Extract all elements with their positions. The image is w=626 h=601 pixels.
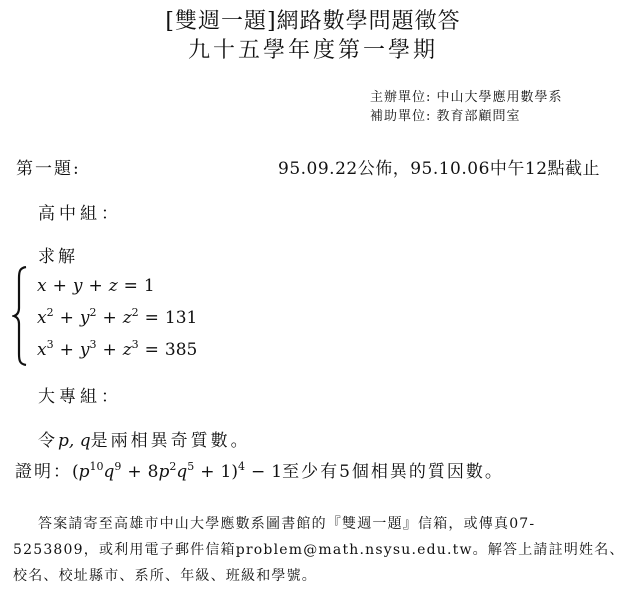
equation-3: x3+y3+z3=385 <box>37 339 197 361</box>
submission-line-2: 5253809，或利用電子郵件信箱problem@math.nsysu.edu.… <box>13 541 625 559</box>
math-expression: (p10q9+8p2q5+1)4−1 <box>72 462 282 482</box>
high-school-heading: 高中組： <box>38 203 122 225</box>
submission-line-3: 校名、校址縣市、系所、年級、班級和學號。 <box>13 567 317 585</box>
organizer-text: 主辦單位: 中山大學應用數學系 <box>370 90 563 106</box>
problem-label: 第一題: <box>16 158 81 180</box>
left-brace-icon <box>12 266 28 366</box>
submission-line-1: 答案請寄至高雄市中山大學應數系圖書館的『雙週一題』信箱，或傳真07- <box>38 515 535 533</box>
prove-statement: 證明：(p10q9+8p2q5+1)4−1至少有5個相異的質因數。 <box>15 461 504 483</box>
equation-1: x+y+z=1 <box>37 275 155 297</box>
solve-intro: 求解 <box>38 246 78 268</box>
sponsor-text: 補助單位: 教育部顧問室 <box>370 109 521 125</box>
university-heading: 大專組： <box>38 386 122 408</box>
equation-2: x2+y2+z2=131 <box>37 307 197 329</box>
page-title: [雙週一題]網路數學問題徵答 <box>0 8 626 36</box>
let-statement: 令p, q是兩相異奇質數。 <box>38 430 251 452</box>
problem-dates: 95.09.22公佈，95.10.06中午12點截止 <box>278 158 600 180</box>
semester-subtitle: 九十五學年度第一學期 <box>0 37 626 65</box>
